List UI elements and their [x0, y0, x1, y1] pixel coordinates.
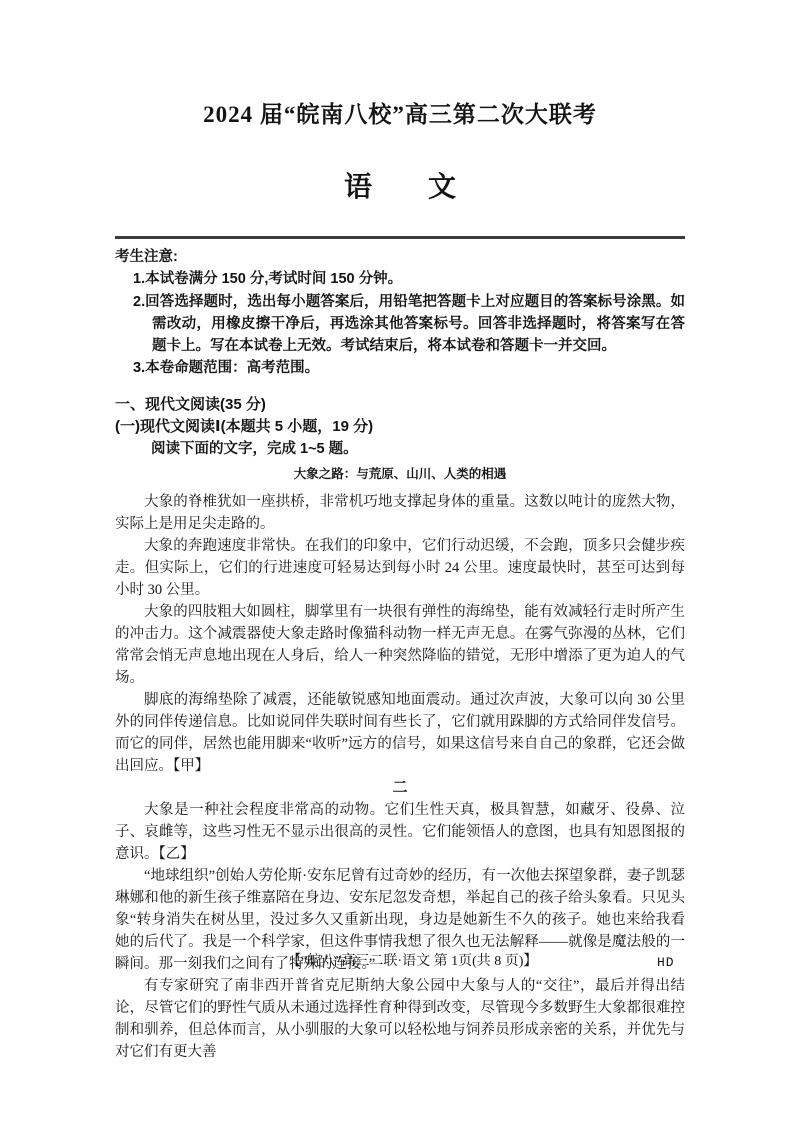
- page-content: 2024 届“皖南八校”高三第二次大联考 语 文 考生注意: 1.本试卷满分 1…: [115, 0, 685, 1063]
- footer-code: HD: [657, 954, 675, 972]
- passage-paragraph: 有专家研究了南非西开普省克尼斯纳大象公园中大象与人的“交往”，最后并得出结论，尽…: [115, 975, 685, 1063]
- notice-heading: 考生注意:: [115, 246, 685, 268]
- passage-title: 大象之路：与荒原、山川、人类的相遇: [115, 465, 685, 483]
- divider-line: [115, 236, 685, 239]
- notice-block: 考生注意: 1.本试卷满分 150 分,考试时间 150 分钟。 2.回答选择题…: [115, 246, 685, 380]
- exam-title: 2024 届“皖南八校”高三第二次大联考: [115, 100, 685, 130]
- passage-paragraph: 大象的奔跑速度非常快。在我们的印象中，它们行动迟缓，不会跑，顶多只会健步疾走。但…: [115, 535, 685, 601]
- notice-item-2: 2.回答选择题时，选出每小题答案后，用铅笔把答题卡上对应题目的答案标号涂黑。如需…: [115, 291, 685, 358]
- passage-paragraph: 大象的脊椎犹如一座拱桥，非常机巧地支撑起身体的重量。这数以吨计的庞然大物，实际上…: [115, 491, 685, 535]
- section-heading: 一、现代文阅读(35 分): [115, 394, 685, 416]
- passage-part-marker: 二: [115, 777, 685, 799]
- notice-item-3: 3.本卷命题范围：高考范围。: [115, 357, 685, 379]
- passage-paragraph: 大象是一种社会程度非常高的动物。它们生性天真，极具智慧，如藏牙、役鼻、泣子、哀雌…: [115, 799, 685, 865]
- passage-paragraph: 脚底的海绵垫除了减震，还能敏锐感知地面震动。通过次声波，大象可以向 30 公里外…: [115, 689, 685, 777]
- exam-page: 2024 届“皖南八校”高三第二次大联考 语 文 考生注意: 1.本试卷满分 1…: [0, 0, 793, 1121]
- subject-title: 语 文: [115, 172, 685, 204]
- reading-instruction: 阅读下面的文字，完成 1~5 题。: [115, 438, 685, 460]
- page-footer: 【“皖八”高三二联·语文 第 1页(共 8 页)】 HD: [0, 953, 793, 973]
- subsection-heading: (一)现代文阅读Ⅰ(本题共 5 小题，19 分): [115, 416, 685, 438]
- footer-page-label: 【“皖八”高三二联·语文 第 1页(共 8 页)】: [287, 953, 537, 971]
- passage-paragraph: 大象的四肢粗大如圆柱，脚掌里有一块很有弹性的海绵垫，能有效减轻行走时所产生的冲击…: [115, 601, 685, 689]
- notice-item-1: 1.本试卷满分 150 分,考试时间 150 分钟。: [115, 268, 685, 290]
